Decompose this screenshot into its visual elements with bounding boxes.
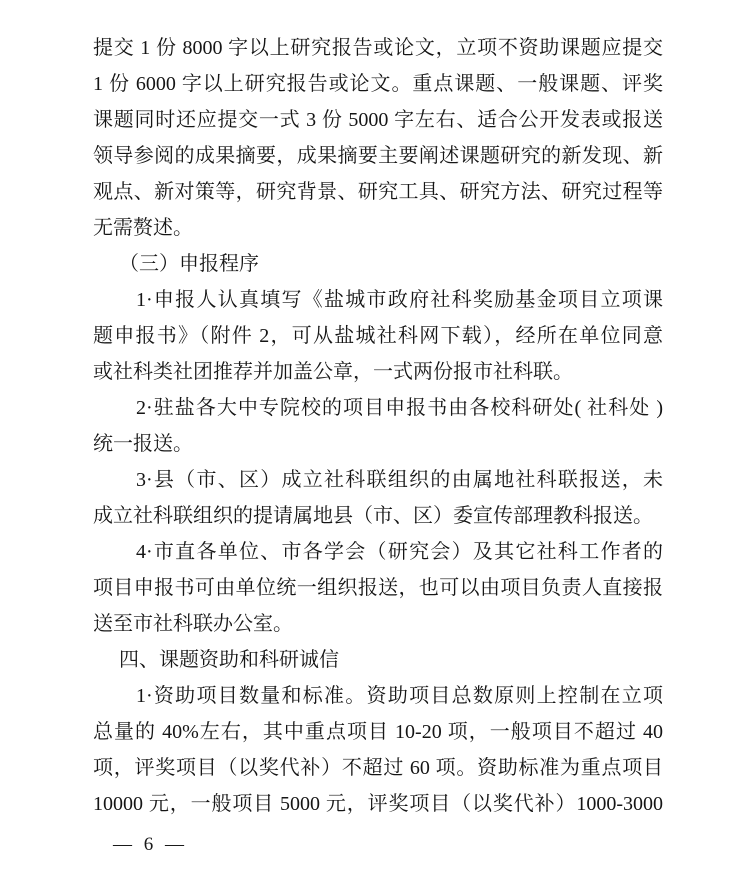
text-line: 无需赘述。: [93, 210, 663, 246]
text-line: 3·县（市、区）成立社科联组织的由属地社科联报送，未: [93, 462, 663, 498]
text-line: 题申报书》（附件 2，可从盐城社科网下载），经所在单位同意: [93, 318, 663, 354]
text-line: 总量的 40%左右，其中重点项目 10-20 项，一般项目不超过 40: [93, 714, 663, 750]
text-line: 成立社科联组织的提请属地县（市、区）委宣传部理教科报送。: [93, 498, 663, 534]
text-line: 1·申报人认真填写《盐城市政府社科奖励基金项目立项课: [93, 282, 663, 318]
text-line: 四、课题资助和科研诚信: [93, 642, 663, 678]
text-line: 或社科类社团推荐并加盖公章，一式两份报市社科联。: [93, 354, 663, 390]
text-line: 4·市直各单位、市各学会（研究会）及其它社科工作者的: [93, 534, 663, 570]
text-line: 送至市社科联办公室。: [93, 606, 663, 642]
text-line: （三）申报程序: [93, 246, 663, 282]
text-line: 10000 元，一般项目 5000 元，评奖项目（以奖代补）1000-3000: [93, 786, 663, 822]
text-line: 领导参阅的成果摘要，成果摘要主要阐述课题研究的新发现、新: [93, 138, 663, 174]
text-line: 项目申报书可由单位统一组织报送，也可以由项目负责人直接报: [93, 570, 663, 606]
text-line: 提交 1 份 8000 字以上研究报告或论文，立项不资助课题应提交: [93, 30, 663, 66]
text-line: 2·驻盐各大中专院校的项目申报书由各校科研处( 社科处 ): [93, 390, 663, 426]
text-line: 1 份 6000 字以上研究报告或论文。重点课题、一般课题、评奖: [93, 66, 663, 102]
document-page: 提交 1 份 8000 字以上研究报告或论文，立项不资助课题应提交1 份 600…: [0, 0, 750, 872]
text-line: 项，评奖项目（以奖代补）不超过 60 项。资助标准为重点项目: [93, 750, 663, 786]
text-line: 1·资助项目数量和标准。资助项目总数原则上控制在立项: [93, 678, 663, 714]
page-footer: — 6 —: [113, 833, 185, 857]
text-line: 课题同时还应提交一式 3 份 5000 字左右、适合公开发表或报送: [93, 102, 663, 138]
text-line: 观点、新对策等，研究背景、研究工具、研究方法、研究过程等: [93, 174, 663, 210]
page-number: — 6 —: [113, 834, 185, 855]
document-body: 提交 1 份 8000 字以上研究报告或论文，立项不资助课题应提交1 份 600…: [93, 30, 663, 822]
text-line: 统一报送。: [93, 426, 663, 462]
